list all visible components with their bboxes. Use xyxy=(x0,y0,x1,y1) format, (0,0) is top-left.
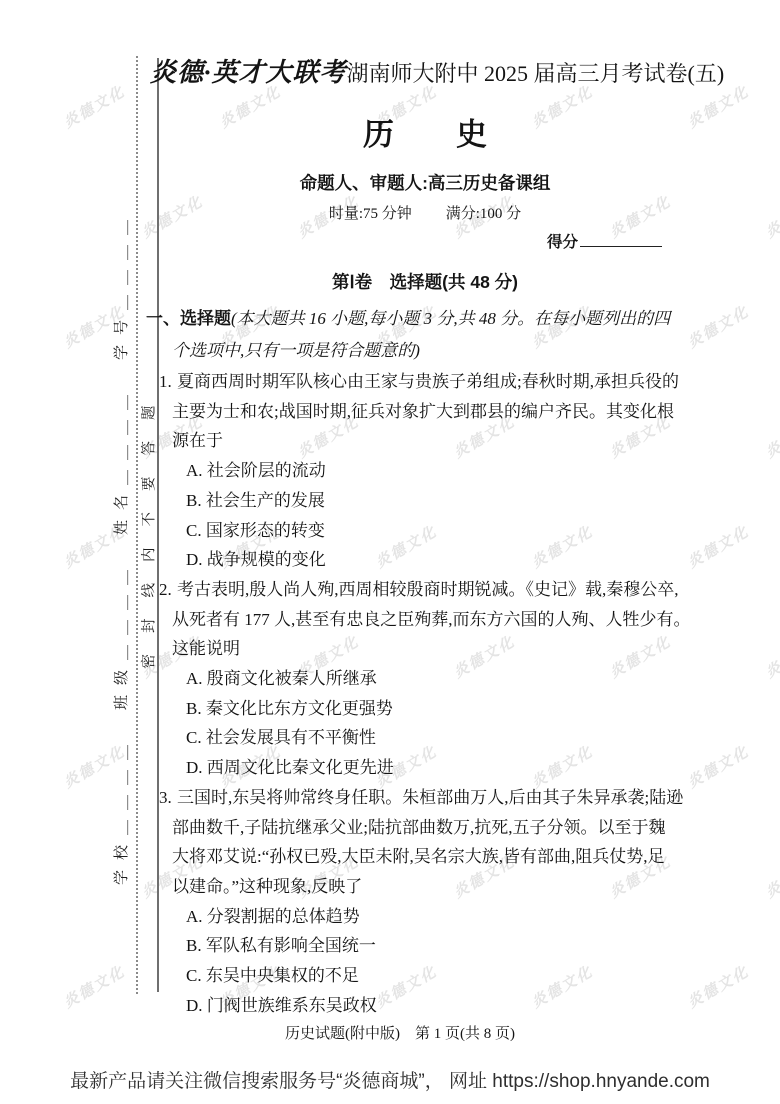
seal-line-notice: 密封线内不要答题 xyxy=(138,379,159,669)
question-stem-line: 部曲数千,子陆抗继承父业;陆抗部曲数万,抗死,五子分领。以至于魏 xyxy=(158,813,704,843)
question: 2.考古表明,殷人尚人殉,西周相较殷商时期锐减。《史记》载,秦穆公卒,从死者有 … xyxy=(158,575,704,783)
question-option: D. 西周文化比秦文化更先进 xyxy=(158,753,704,783)
exam-name: 湖南师大附中 2025 届高三月考试卷(五) xyxy=(347,61,725,86)
question-number: 2. xyxy=(159,575,172,605)
question-stem-text: 考古表明,殷人尚人殉,西周相较殷商时期锐减。《史记》载,秦穆公卒, xyxy=(177,580,679,599)
score-field-label: 得分 xyxy=(547,234,578,251)
promo-banner: 最新产品请关注微信搜索服务号“炎德商城”， 网址 https://shop.hn… xyxy=(0,1066,780,1093)
setters-line: 命题人、审题人:高三历史备课组 xyxy=(150,170,700,195)
section-intro-heading: 一、选择题 xyxy=(146,309,231,328)
question: 1.夏商西周时期军队核心由王家与贵族子弟组成;春秋时期,承担兵役的主要为士和农;… xyxy=(158,367,704,575)
question-option: D. 战争规模的变化 xyxy=(158,545,704,575)
page-footer: 历史试题(附中版) 第 1 页(共 8 页) xyxy=(120,1022,680,1043)
question-stem-line: 从死者有 177 人,甚至有忠良之臣殉葬,而东方六国的人殉、人牲少有。 xyxy=(158,605,704,635)
question-option: C. 东吴中央集权的不足 xyxy=(158,961,704,991)
question-option: A. 分裂割据的总体趋势 xyxy=(158,902,704,932)
subject-title: 历 史 xyxy=(150,117,700,153)
question-stem-text: 夏商西周时期军队核心由王家与贵族子弟组成;春秋时期,承担兵役的 xyxy=(177,372,679,391)
question-stem-line: 1.夏商西周时期军队核心由王家与贵族子弟组成;春秋时期,承担兵役的 xyxy=(158,367,704,397)
time-score-line: 时量:75 分钟满分:100 分 xyxy=(150,202,700,223)
question-option: C. 社会发展具有不平衡性 xyxy=(158,723,704,753)
question-stem-line: 大将邓艾说:“孙权已殁,大臣未附,吴名宗大族,皆有部曲,阻兵仗势,足 xyxy=(158,842,704,872)
question-option: C. 国家形态的转变 xyxy=(158,516,704,546)
question-option: B. 秦文化比东方文化更强势 xyxy=(158,694,704,724)
question-number: 1. xyxy=(159,367,172,397)
question-stem-line: 源在于 xyxy=(158,426,704,456)
brand-name: 炎德·英才大联考 xyxy=(150,58,347,87)
section-intro-line1: 一、选择题(本大题共 16 小题,每小题 3 分,共 48 分。在每小题列出的四 xyxy=(146,303,706,335)
section-intro-text: (本大题共 16 小题,每小题 3 分,共 48 分。在每小题列出的四 xyxy=(231,309,670,328)
question-option: A. 殷商文化被秦人所继承 xyxy=(158,664,704,694)
score-blank-line xyxy=(580,231,662,247)
exam-header: 炎德·英才大联考湖南师大附中 2025 届高三月考试卷(五) xyxy=(150,58,700,89)
section-title: 第Ⅰ卷 选择题(共 48 分) xyxy=(150,269,700,294)
question-stem-text: 三国时,东吴将帅常终身任职。朱桓部曲万人,后由其子朱异承袭;陆逊 xyxy=(177,788,683,807)
questions: 1.夏商西周时期军队核心由王家与贵族子弟组成;春秋时期,承担兵役的主要为士和农;… xyxy=(158,367,704,1020)
full-score-label: 满分:100 分 xyxy=(446,206,521,222)
question-stem-line: 以建命。”这种现象,反映了 xyxy=(158,872,704,902)
section-intro-line2: 个选项中,只有一项是符合题意的) xyxy=(146,335,706,367)
question-option: D. 门阀世族维系东吴政权 xyxy=(158,991,704,1021)
duration-label: 时量:75 分钟 xyxy=(329,206,412,222)
question: 3.三国时,东吴将帅常终身任职。朱桓部曲万人,后由其子朱异承袭;陆逊部曲数千,子… xyxy=(158,783,704,1021)
question-stem-line: 这能说明 xyxy=(158,634,704,664)
question-option: B. 军队私有影响全国统一 xyxy=(158,931,704,961)
question-stem-line: 3.三国时,东吴将帅常终身任职。朱桓部曲万人,后由其子朱异承袭;陆逊 xyxy=(158,783,704,813)
question-option: B. 社会生产的发展 xyxy=(158,486,704,516)
question-stem-line: 2.考古表明,殷人尚人殉,西周相较殷商时期锐减。《史记》载,秦穆公卒, xyxy=(158,575,704,605)
exam-page: 炎德文化炎德文化炎德文化炎德文化炎德文化炎德文化炎德文化炎德文化炎德文化炎德文化… xyxy=(0,0,780,1104)
score-field: 得分 xyxy=(547,230,662,252)
question-number: 3. xyxy=(159,783,172,813)
question-option: A. 社会阶层的流动 xyxy=(158,456,704,486)
student-info-fields: 学校＿＿＿＿ 班级＿＿＿＿ 姓名＿＿＿＿ 学号＿＿＿＿ xyxy=(110,210,131,885)
question-stem-line: 主要为士和农;战国时期,征兵对象扩大到郡县的编户齐民。其变化根 xyxy=(158,397,704,427)
section-intro: 一、选择题(本大题共 16 小题,每小题 3 分,共 48 分。在每小题列出的四… xyxy=(146,303,706,367)
